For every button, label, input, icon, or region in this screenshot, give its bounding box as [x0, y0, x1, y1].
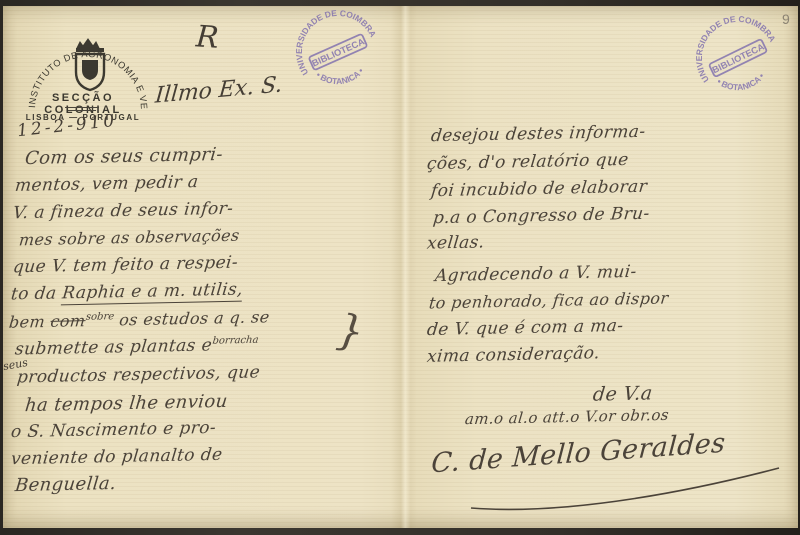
- portuguese-royal-coat-of-arms-icon: [76, 39, 104, 90]
- letter-line: ha tempos lhe enviou: [24, 391, 229, 416]
- letter-line: p.a o Congresso de Bru-: [432, 204, 651, 229]
- letter-line: Com os seus cumpri-: [24, 144, 224, 169]
- letter-line: to penhorado, fica ao dispor: [428, 288, 669, 312]
- valediction: de V.a: [592, 382, 654, 405]
- letter-paper: 9 INSTITUTO DE AGRONOMIA E VETERINARIA S…: [3, 6, 798, 528]
- letter-line: de V. que é com a ma-: [426, 316, 624, 340]
- scanned-letter-spread: 9 INSTITUTO DE AGRONOMIA E VETERINARIA S…: [0, 0, 800, 535]
- letter-line: foi incubido de elaborar: [430, 177, 648, 202]
- inserted-word: borracha: [212, 335, 259, 347]
- signature-flourish: [423, 458, 783, 518]
- struck-word: com: [50, 311, 87, 331]
- letter-line: xellas.: [426, 232, 486, 253]
- letter-line: desejou destes informa-: [430, 122, 647, 147]
- registry-mark: R: [195, 19, 220, 55]
- inserted-word: sobre: [85, 311, 114, 323]
- letter-line: mentos, vem pedir a: [14, 172, 199, 196]
- letter-line: o S. Nascimento e pro-: [10, 418, 217, 442]
- stamp-university-text: UNIVERSIDADE DE COIMBRA: [679, 0, 781, 85]
- letter-line: Benguella.: [14, 473, 117, 496]
- letter-line: xima consideração.: [426, 343, 601, 367]
- underlined-phrase: Raphia e a m. utilis,: [61, 280, 244, 306]
- letter-line: to da Raphia e a m. utilis,: [10, 280, 244, 305]
- letter-line: que V. tem feito a respei-: [12, 253, 239, 278]
- letterhead-rule-2: [68, 110, 96, 111]
- margin-brace: }: [334, 304, 367, 356]
- letter-line: bem comsobre os estudos a q. se: [8, 307, 271, 332]
- letter-line: productos respectivos, que: [16, 362, 261, 387]
- salutation-abbreviation: Illmo Ex. S.: [154, 72, 283, 108]
- letter-line: Agradecendo a V. mui-: [434, 262, 638, 286]
- center-fold: [391, 6, 417, 528]
- letterhead-rule-1: [65, 107, 99, 108]
- library-stamp-right: UNIVERSIDADE DE COIMBRA • BOTANICA • BIB…: [679, 0, 797, 117]
- valediction-abbreviations: am.o al.o att.o V.or obr.os: [464, 406, 670, 428]
- letter-line: submette as plantas eborracha: [14, 334, 259, 359]
- stamp-biblioteca-text: BIBLIOTECA: [711, 41, 766, 75]
- letter-line: veniente do planalto de: [10, 445, 223, 469]
- library-stamp-left: UNIVERSIDADE DE COIMBRA • BOTANICA • BIB…: [280, 0, 396, 110]
- page-number: 9: [782, 11, 790, 27]
- stamp-university-text: UNIVERSIDADE DE COIMBRA: [280, 0, 382, 77]
- letter-line: ções, d'o relatório que: [426, 150, 630, 174]
- letter-line: V. a fineza de seus infor-: [12, 199, 234, 224]
- letter-line: mes sobre as observações: [18, 226, 241, 250]
